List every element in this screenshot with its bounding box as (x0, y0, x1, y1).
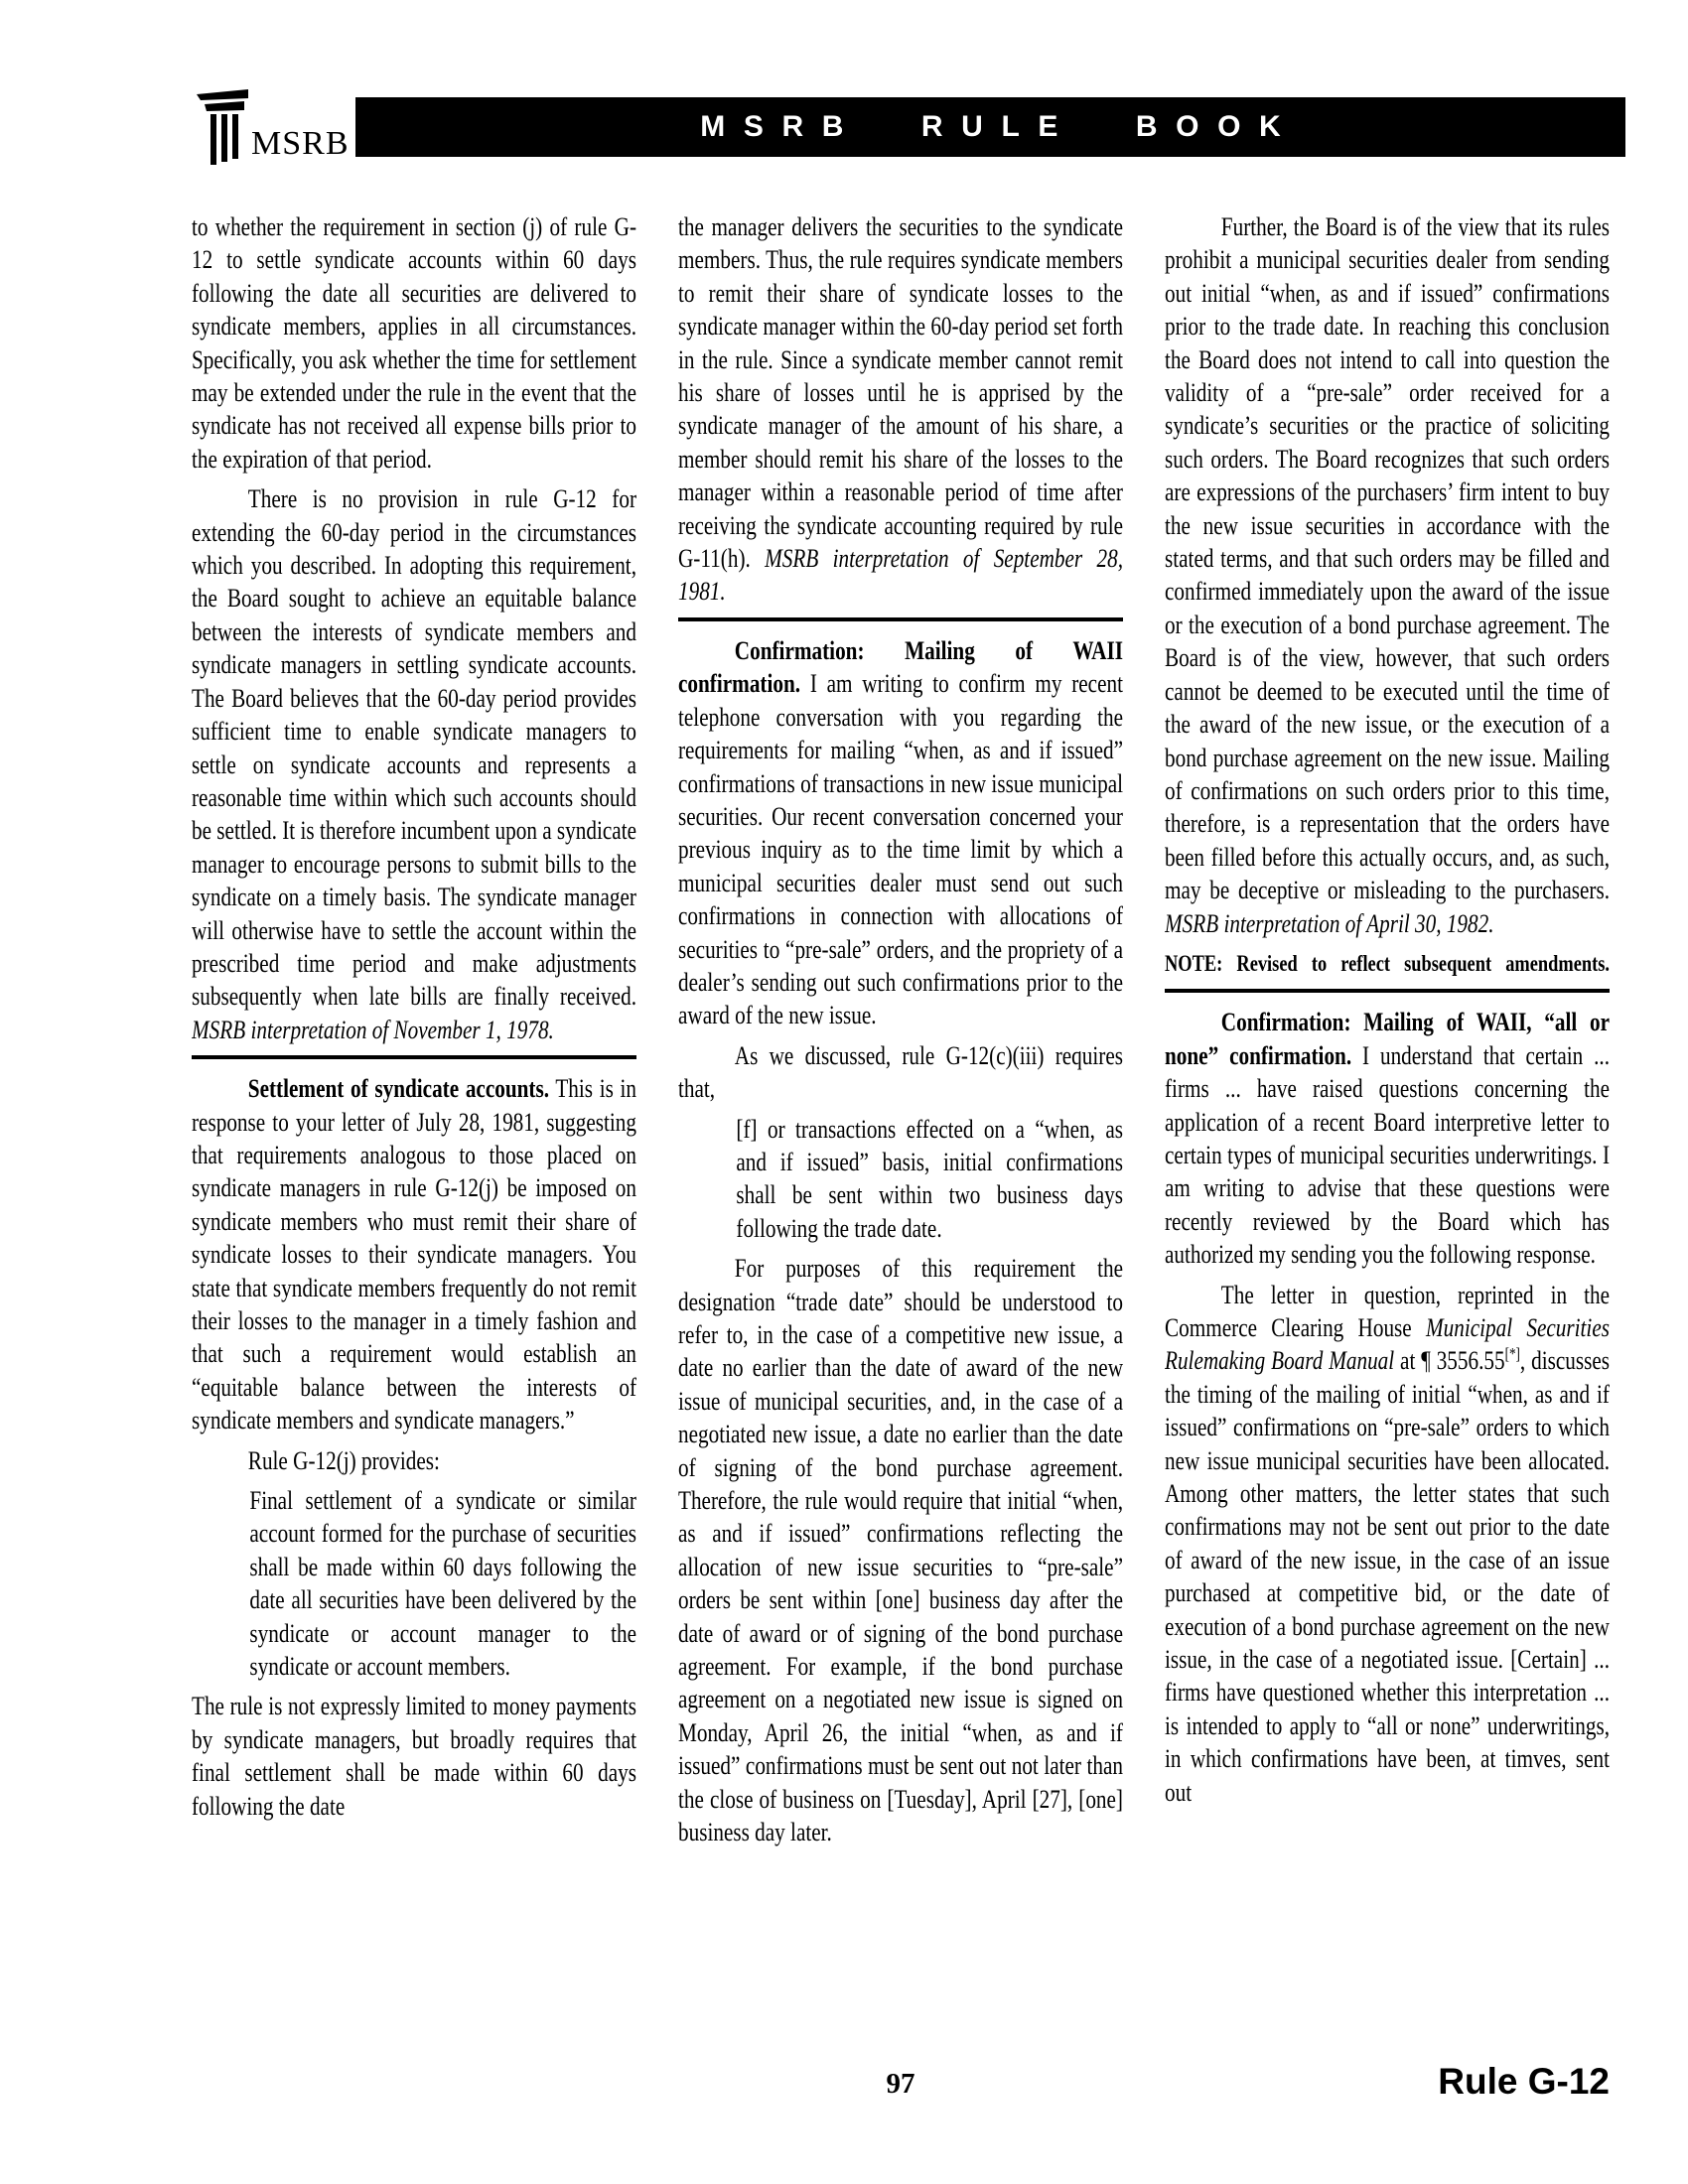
paragraph: For purposes of this requirement the des… (678, 1252, 1123, 1848)
page-number: 97 (192, 2068, 1610, 2101)
paragraph: There is no provision in rule G-12 for e… (192, 482, 636, 1046)
text-column-3: Further, the Board is of the view that i… (1165, 210, 1610, 2042)
section-divider (678, 617, 1123, 621)
rule-label: Rule G-12 (1438, 2061, 1610, 2103)
paragraph: Settlement of syndicate accounts. This i… (192, 1072, 636, 1436)
paragraph: Further, the Board is of the view that i… (1165, 210, 1610, 940)
rule-book-title-bar: MSRB RULE BOOK (355, 97, 1625, 157)
logo-text: MSRB (251, 127, 350, 161)
paragraph: The rule is not expressly limited to mon… (192, 1690, 636, 1823)
paragraph: Rule G-12(j) provides: (192, 1444, 636, 1477)
msrb-logo: MSRB (196, 89, 350, 165)
paragraph: Confirmation: Mailing of WAII confirmati… (678, 634, 1123, 1032)
paragraph: The letter in question, reprinted in the… (1165, 1279, 1610, 1810)
paragraph: the manager delivers the securities to t… (678, 210, 1123, 609)
section-divider (192, 1055, 636, 1059)
document-page: MSRB MSRB RULE BOOK to whether the requi… (0, 0, 1688, 2184)
section-divider (1165, 989, 1610, 993)
paragraph: As we discussed, rule G-12(c)(iii) requi… (678, 1039, 1123, 1106)
note-text: NOTE: Revised to reflect subsequent amen… (1165, 947, 1610, 980)
paragraph: Confirmation: Mailing of WAII, “all or n… (1165, 1006, 1610, 1271)
blockquote: Final settlement of a syndicate or simil… (249, 1484, 636, 1683)
column-pillar-icon (196, 89, 249, 165)
rule-book-title: MSRB RULE BOOK (700, 110, 1299, 144)
text-column-2: the manager delivers the securities to t… (678, 210, 1123, 2042)
text-column-1: to whether the requirement in section (j… (192, 210, 636, 2042)
paragraph: to whether the requirement in section (j… (192, 210, 636, 476)
blockquote: [f] or transactions effected on a “when,… (736, 1113, 1123, 1246)
